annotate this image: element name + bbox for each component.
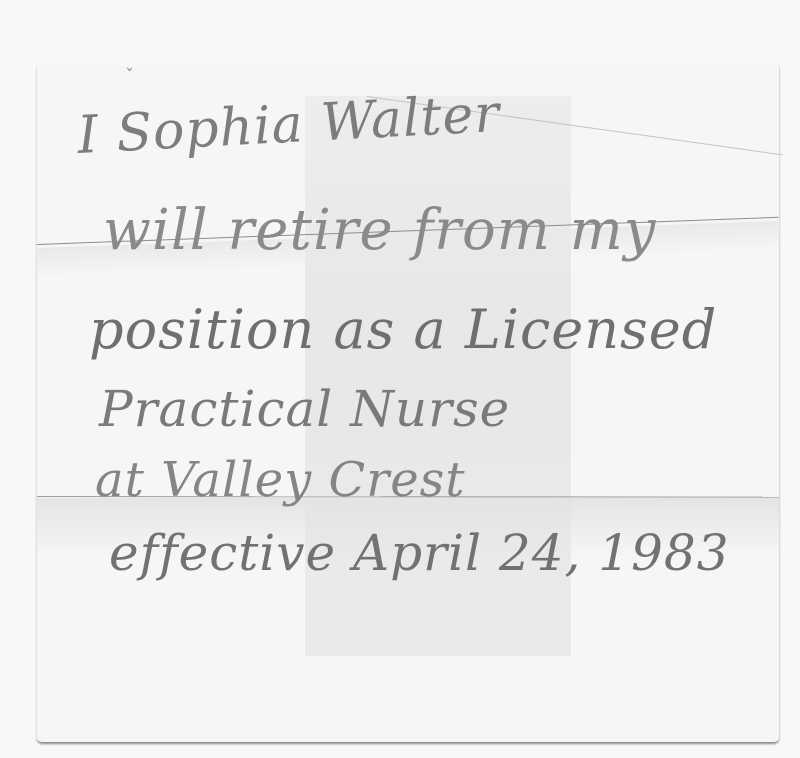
handwritten-line-title: Practical Nurse — [99, 380, 510, 438]
handwritten-line-retire: will retire from my — [103, 198, 656, 263]
handwritten-line-position: position as a Licensed — [89, 298, 717, 361]
stray-pencil-mark: ˇ — [125, 66, 134, 87]
note-paper: ˇ I Sophia Walter will retire from my po… — [36, 66, 780, 742]
handwritten-line-effective-date: effective April 24, 1983 — [109, 524, 730, 582]
handwritten-line-employer: at Valley Crest — [95, 452, 466, 508]
